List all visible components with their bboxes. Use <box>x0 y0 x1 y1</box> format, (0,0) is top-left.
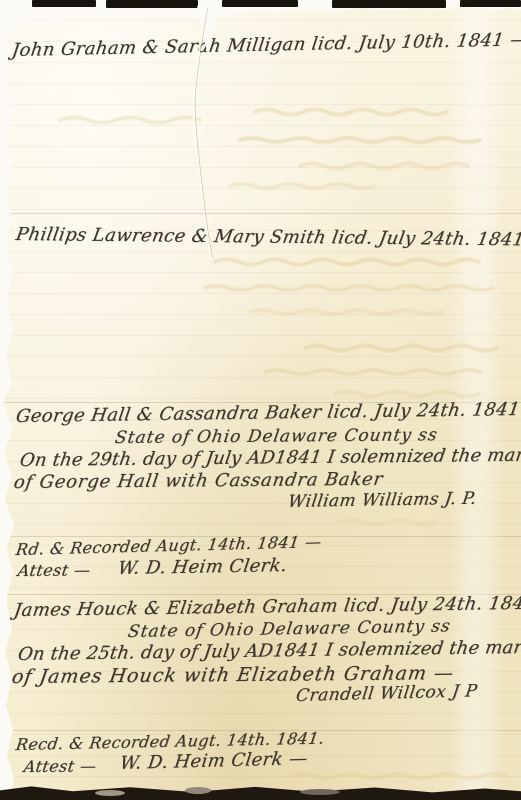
paper-debris <box>185 787 211 794</box>
paper-debris <box>300 789 340 795</box>
paper-debris <box>95 790 125 796</box>
scanned-document-page: John Graham & Sarah Milligan licd. July … <box>0 0 521 800</box>
paper-tear-crease <box>0 0 521 800</box>
